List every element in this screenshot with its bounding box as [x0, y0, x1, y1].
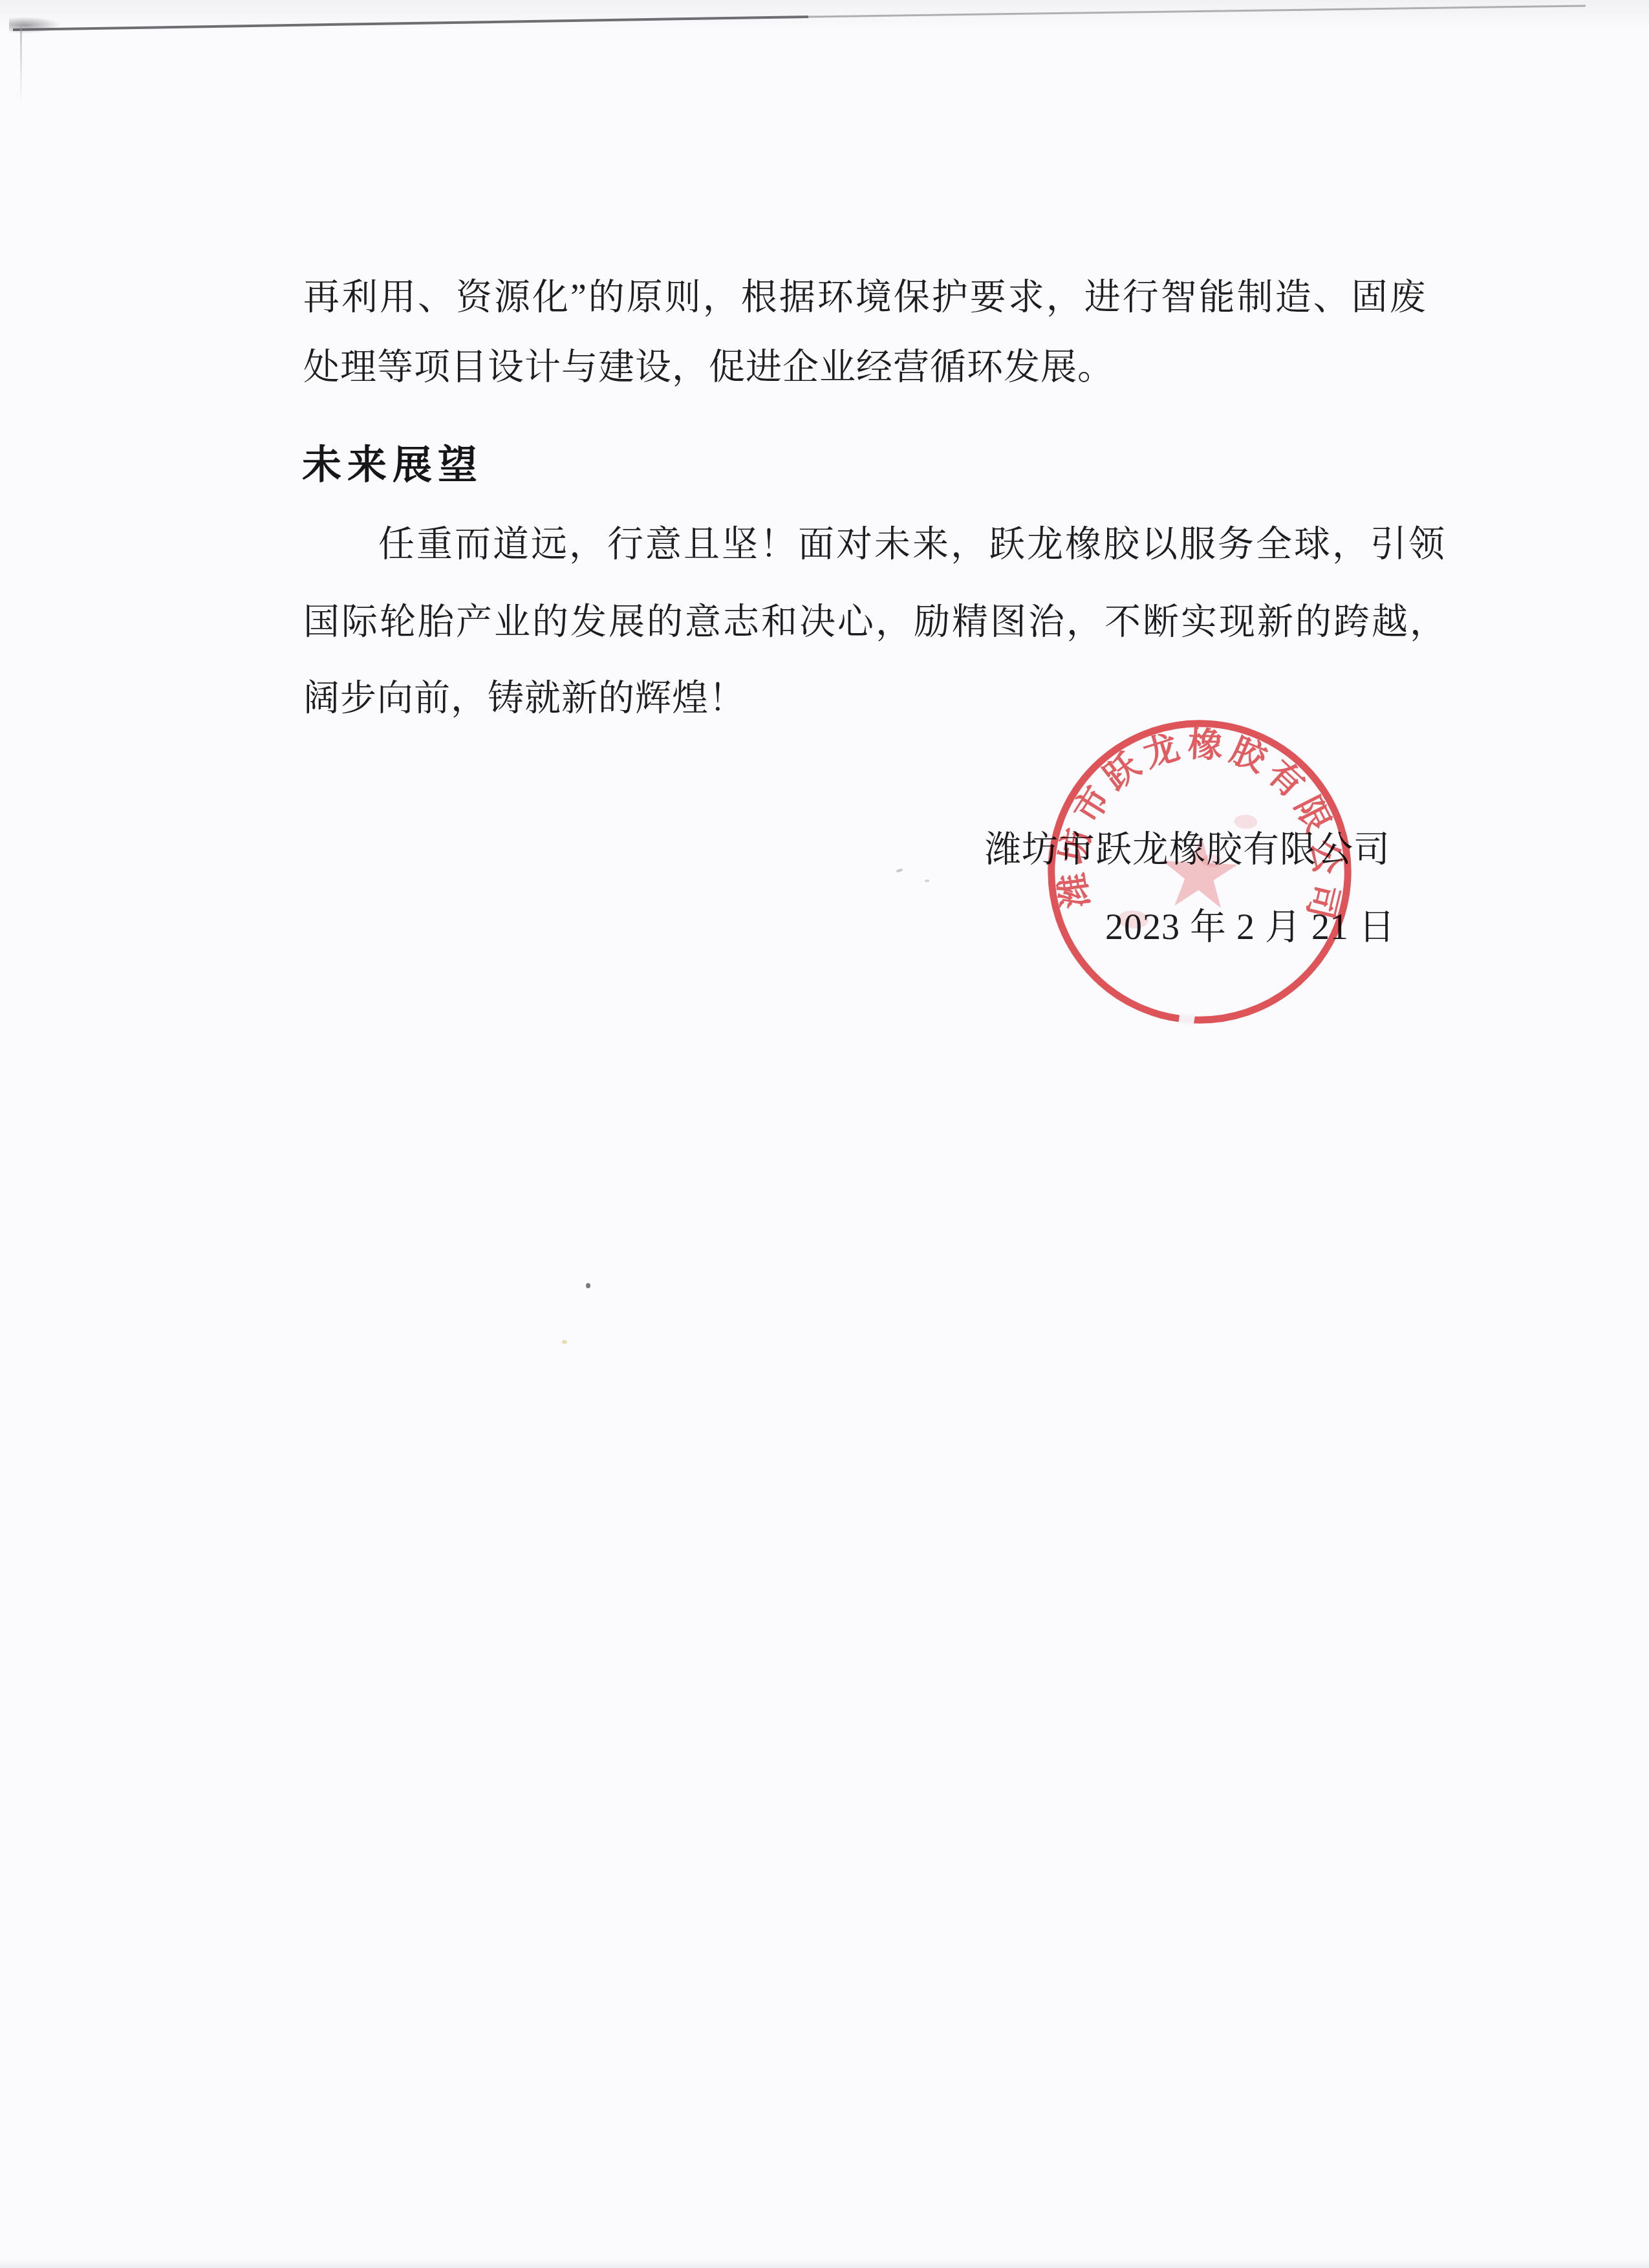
scan-edge-line — [0, 0, 1649, 142]
scan-edge-artifacts — [0, 0, 1649, 142]
company-stamp: 潍坊市跃龙橡胶有限公司 — [1040, 710, 1359, 1033]
stamp-star-icon — [1160, 834, 1239, 909]
pencil-mark — [925, 880, 929, 882]
outlook-line-3: 阔步向前，铸就新的辉煌！ — [303, 675, 746, 722]
stamp-border-gap — [1178, 1012, 1195, 1026]
top-paragraph-line-1: 再利用、资源化”的原则，根据环境保护要求，进行智能制造、固废 — [303, 274, 1428, 321]
stamp-arc-text: 潍坊市跃龙橡胶有限公司 — [1050, 718, 1353, 925]
top-paragraph-line-2: 处理等项目设计与建设，促进企业经营循环发展。 — [303, 344, 1114, 391]
svg-text:潍坊市跃龙橡胶有限公司: 潍坊市跃龙橡胶有限公司 — [1050, 718, 1353, 925]
scan-left-edge — [20, 26, 22, 103]
document-page: 再利用、资源化”的原则，根据环境保护要求，进行智能制造、固废 处理等项目设计与建… — [0, 0, 1649, 2268]
scan-corner-shade — [9, 17, 61, 34]
section-heading: 未来展望 — [302, 442, 483, 489]
paper-speck — [562, 1340, 567, 1344]
outlook-line-1: 任重而道远，行意且坚！面对未来，跃龙橡胶以服务全球，引领 — [378, 521, 1447, 568]
pencil-mark — [896, 869, 903, 873]
outlook-line-2: 国际轮胎产业的发展的意志和决心，励精图治，不断实现新的跨越， — [303, 599, 1448, 645]
stamp-ink-smudge — [1117, 910, 1149, 929]
ink-speck — [586, 1283, 590, 1288]
stamp-ink-smudge — [1234, 814, 1258, 830]
